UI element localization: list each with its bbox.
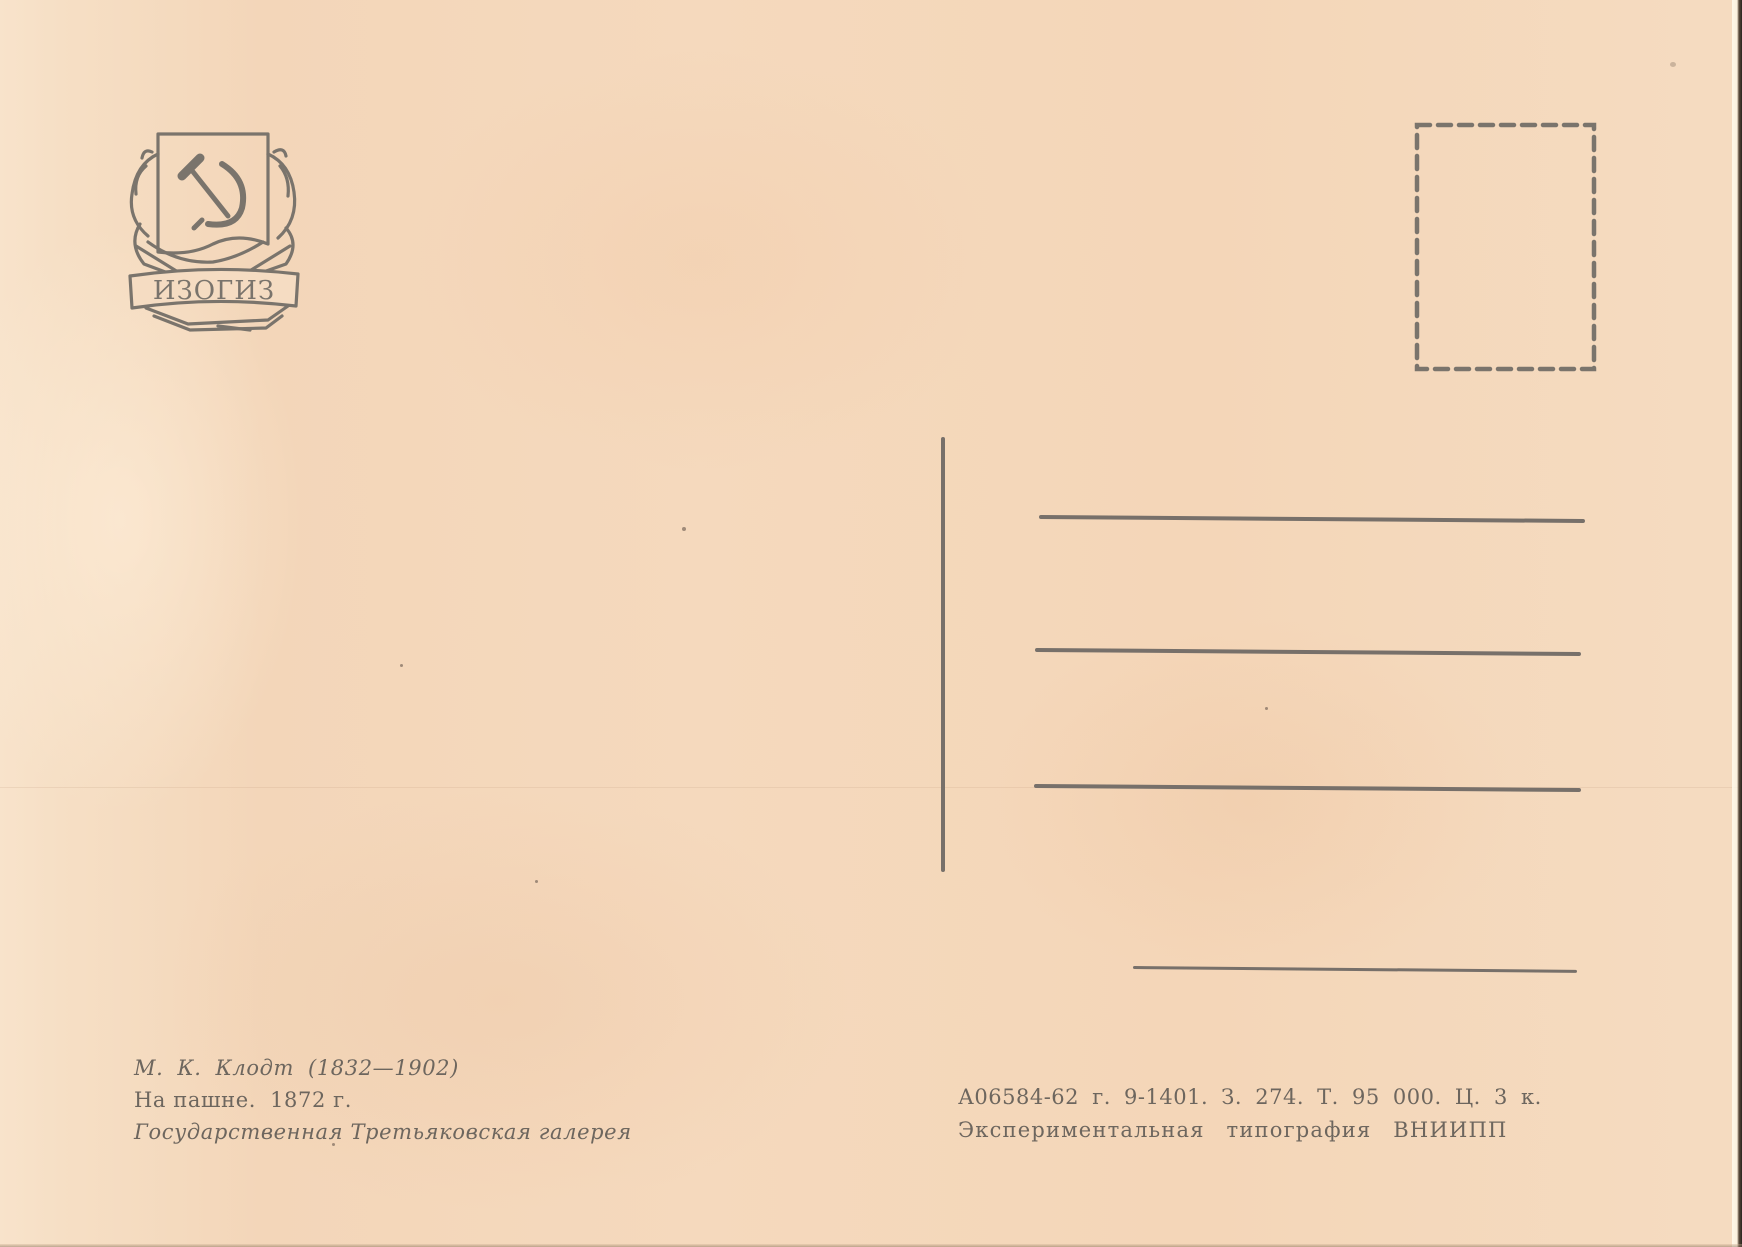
print-info: А06584-62 г. 9-1401. З. 274. Т. 95 000. … <box>958 1081 1542 1114</box>
artwork-title-line: На пашне.1872 г. <box>134 1084 632 1116</box>
message-address-divider <box>941 437 945 872</box>
logo-ribbon-text: ИЗОГИЗ <box>153 276 275 306</box>
publisher-logo-icon: ИЗОГИЗ <box>118 124 308 334</box>
artist-line: М.К.Клодт(1832—1902) <box>134 1052 632 1084</box>
address-line-2 <box>1035 648 1581 656</box>
artist-surname: Клодт <box>216 1056 295 1080</box>
artist-initial-2: К. <box>177 1056 201 1080</box>
paper-speck <box>332 1143 335 1146</box>
paper-speck <box>535 880 538 883</box>
address-line-1 <box>1039 515 1585 523</box>
printer-name: Экспериментальная типография ВНИИПП <box>958 1114 1542 1147</box>
artist-years: (1832—1902) <box>308 1056 459 1080</box>
artwork-title: На пашне. <box>134 1088 256 1112</box>
artwork-caption: М.К.Клодт(1832—1902) На пашне.1872 г. Го… <box>134 1052 632 1148</box>
address-line-4 <box>1133 966 1577 973</box>
paper-speck <box>1265 707 1268 710</box>
address-line-3 <box>1034 784 1581 792</box>
postcard-back: ИЗОГИЗ М.К.Клодт(1832—1902) На пашне.187… <box>0 0 1742 1247</box>
print-imprint: А06584-62 г. 9-1401. З. 274. Т. 95 000. … <box>958 1081 1542 1147</box>
card-right-edge <box>1732 0 1742 1247</box>
paper-speck <box>1670 62 1676 67</box>
artist-initial-1: М. <box>134 1056 163 1080</box>
collection-line: Государственная Третьяковская галерея <box>134 1116 632 1148</box>
artwork-year: 1872 г. <box>270 1088 352 1112</box>
paper-speck <box>400 664 403 667</box>
paper-speck <box>682 527 686 531</box>
stamp-placeholder-icon <box>1414 122 1597 372</box>
